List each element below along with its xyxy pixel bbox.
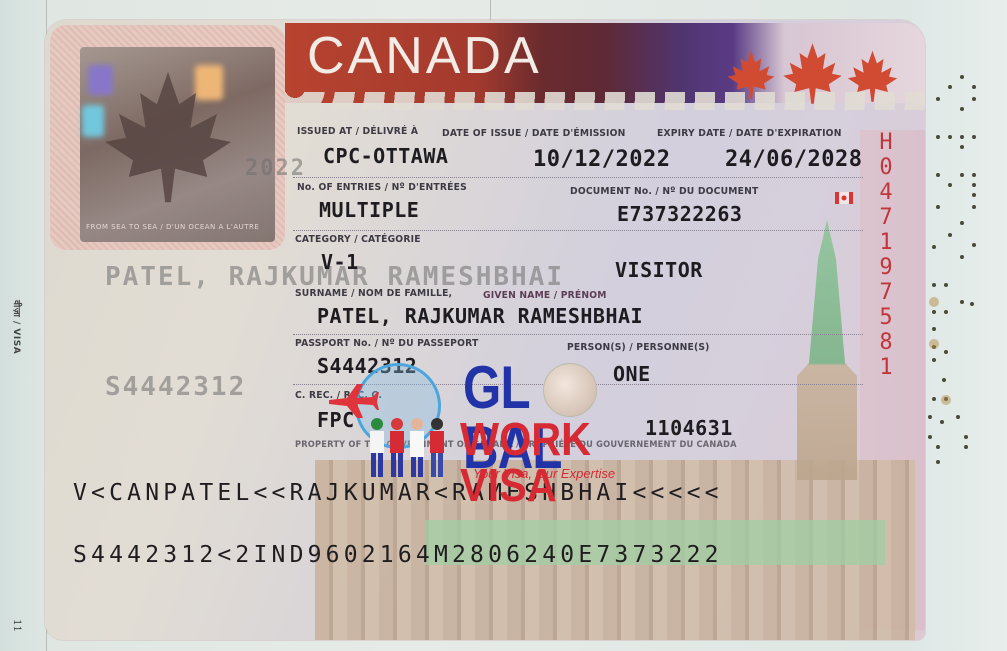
perforation-hole [928, 435, 932, 439]
perforation-hole [972, 135, 976, 139]
ghost-passport-text: S4442312 [105, 372, 246, 402]
control-digit: 9 [871, 255, 901, 280]
maple-leaf-icon [725, 48, 777, 100]
perforation-hole [960, 75, 964, 79]
entries-value: MULTIPLE [319, 198, 419, 222]
perforation-hole [936, 135, 940, 139]
peace-tower-art [797, 220, 857, 480]
country-title: CANADA [307, 26, 542, 86]
document-number-value: E737322263 [617, 202, 742, 226]
perforation-hole [948, 233, 952, 237]
perforation-hole [972, 85, 976, 89]
perforation-hole [932, 358, 936, 362]
logo-text-gl: GL [463, 354, 530, 421]
perforation-hole [944, 310, 948, 314]
issued-at-label: ISSUED AT / DÉLIVRÉ À [297, 126, 418, 137]
control-digit: 4 [871, 180, 901, 205]
perforation-hole [964, 435, 968, 439]
passport-number-label: PASSPORT No. / Nº DU PASSEPORT [295, 338, 478, 349]
perforation-hole [960, 145, 964, 149]
issued-at-value: CPC-OTTAWA [323, 144, 448, 168]
field-separator [293, 334, 863, 335]
hologram-caption: FROM SEA TO SEA / D'UN OCEAN A L'AUTRE [86, 223, 271, 231]
perforation-hole [960, 300, 964, 304]
control-number: H 0 4 7 1 9 7 5 8 1 [871, 130, 901, 380]
perforation-hole [942, 378, 946, 382]
surname-label: SURNAME / NOM DE FAMILLE, [295, 288, 452, 299]
perforation-hole [960, 107, 964, 111]
perforation-hole [940, 420, 944, 424]
stamps-globe-icon [543, 363, 597, 417]
canada-flag-icon [835, 192, 853, 204]
control-digit: 0 [871, 155, 901, 180]
passport-page-number: 11 [11, 619, 22, 632]
category-value: V-1 [321, 250, 359, 274]
perforation-hole [932, 397, 936, 401]
page-guide-line [490, 0, 491, 22]
workers-group-icon [365, 416, 455, 481]
perforation-hole [944, 283, 948, 287]
expiry-date-label: EXPIRY DATE / DATE D'EXPIRATION [657, 128, 842, 139]
perforation-hole [972, 173, 976, 177]
perforation-hole [960, 173, 964, 177]
perforation-hole [932, 283, 936, 287]
perforation-hole [960, 221, 964, 225]
perforation-hole [970, 302, 974, 306]
logo-work-visa-text: WORK VISA [460, 416, 672, 508]
perforation-hole [948, 85, 952, 89]
maple-leaf-icon [845, 48, 900, 103]
persons-label: PERSON(S) / PERSONNE(S) [567, 342, 710, 353]
perforation-hole [960, 255, 964, 259]
rust-stain [929, 339, 939, 349]
perforation-hole [936, 97, 940, 101]
passport-visa-page-label: वीज़ा / VISA [11, 300, 24, 354]
perforation-hole [960, 135, 964, 139]
date-of-issue-value: 10/12/2022 [533, 147, 670, 172]
perforation-hole [956, 415, 960, 419]
control-digit: H [871, 130, 901, 155]
logo-tagline: Your Visa, Our Expertise [473, 466, 615, 481]
perforation-hole [932, 310, 936, 314]
rust-stain [929, 297, 939, 307]
perforation-hole [972, 205, 976, 209]
expiry-date-value: 24/06/2028 [725, 147, 862, 172]
security-hologram: FROM SEA TO SEA / D'UN OCEAN A L'AUTRE [50, 25, 285, 250]
perforation-hole [936, 445, 940, 449]
perforation-hole [948, 183, 952, 187]
hologram-maple-leaf-icon [98, 65, 238, 205]
date-of-issue-label: DATE OF ISSUE / DATE D'ÉMISSION [442, 128, 626, 139]
control-digit: 1 [871, 230, 901, 255]
perforation-hole [932, 327, 936, 331]
mrz-line-2: S4442312<2IND9602164M2806240E7373222 [73, 542, 723, 568]
airplane-icon [327, 380, 379, 420]
perforation-hole [936, 460, 940, 464]
given-name-label: GIVEN NAME / PRÉNOM [483, 290, 607, 301]
field-separator [293, 177, 863, 178]
passport-page-left-margin [0, 0, 50, 651]
control-digit: 5 [871, 305, 901, 330]
perforation-hole [972, 193, 976, 197]
perforation-hole [936, 205, 940, 209]
perforation-hole [972, 243, 976, 247]
control-digit: 8 [871, 330, 901, 355]
perforation-hole [964, 445, 968, 449]
control-digit: 7 [871, 205, 901, 230]
rust-stain [941, 395, 951, 405]
visa-counterfoil: CANADA FROM SEA TO SEA / D'UN OCEAN A L'… [45, 20, 925, 640]
document-number-label: DOCUMENT No. / Nº DU DOCUMENT [570, 186, 758, 197]
perforation-hole [928, 415, 932, 419]
field-separator [293, 230, 863, 231]
perforation-hole [936, 173, 940, 177]
perforation-hole [948, 135, 952, 139]
global-work-visa-watermark-logo: GLBAL WORK VISA Your Visa, Our Expertise [325, 358, 695, 488]
category-label: CATEGORY / CATÉGORIE [295, 234, 421, 245]
visa-type-value: VISITOR [615, 258, 703, 282]
perforation-hole [944, 350, 948, 354]
control-digit: 1 [871, 355, 901, 380]
passport-page-right-margin [912, 0, 1007, 651]
maple-leaf-icon [780, 40, 845, 105]
control-digit: 7 [871, 280, 901, 305]
perforation-hole [932, 245, 936, 249]
full-name-value: PATEL, RAJKUMAR RAMESHBHAI [317, 304, 643, 328]
entries-label: No. OF ENTRIES / Nº D'ENTRÉES [297, 182, 467, 193]
perforation-hole [972, 97, 976, 101]
perforation-hole [972, 183, 976, 187]
